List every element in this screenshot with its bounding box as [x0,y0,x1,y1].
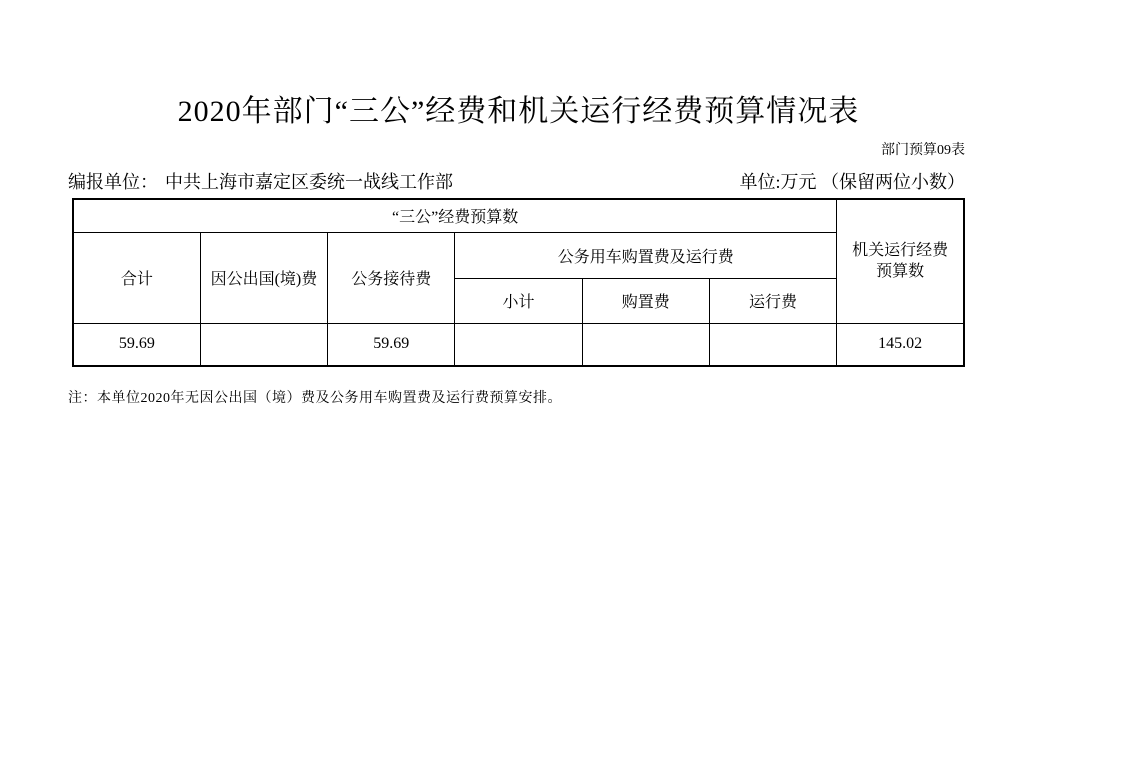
reporting-unit: 编报单位：中共上海市嘉定区委统一战线工作部 [68,168,453,194]
value-vehicle-subtotal [455,323,582,366]
unit-note: 单位:万元 （保留两位小数） [740,168,966,194]
value-agency-operating: 145.02 [837,323,964,366]
page-title: 2020年部门“三公”经费和机关运行经费预算情况表 [72,86,965,130]
value-total: 59.69 [73,323,200,366]
header-operation: 运行费 [709,278,836,323]
value-vehicle-operation [709,323,836,366]
reporting-unit-label: 编报单位： [68,172,158,192]
table-number: 部门预算09表 [72,139,965,159]
header-total: 合计 [73,232,200,323]
header-reception: 公务接待费 [328,232,455,323]
meta-row: 编报单位：中共上海市嘉定区委统一战线工作部 单位:万元 （保留两位小数） [68,168,965,194]
header-agency-operating-label: 机关运行经费预算数 [848,240,952,282]
table-row: 59.69 59.69 145.02 [73,323,964,366]
header-abroad: 因公出国(境)费 [200,232,327,323]
value-abroad [200,323,327,366]
header-subtotal: 小计 [455,278,582,323]
header-agency-operating: 机关运行经费预算数 [837,199,964,323]
reporting-unit-value: 中共上海市嘉定区委统一战线工作部 [165,172,453,192]
header-vehicle-group: 公务用车购置费及运行费 [455,232,837,278]
footnote: 注：本单位2020年无因公出国（境）费及公务用车购置费及运行费预算安排。 [68,387,562,407]
document-page: 2020年部门“三公”经费和机关运行经费预算情况表 部门预算09表 编报单位：中… [0,0,1123,779]
header-purchase: 购置费 [582,278,709,323]
value-reception: 59.69 [328,323,455,366]
value-vehicle-purchase [582,323,709,366]
budget-table: “三公”经费预算数 机关运行经费预算数 合计 因公出国(境)费 公务接待费 公务… [72,198,965,367]
header-three-public-group: “三公”经费预算数 [73,199,837,232]
